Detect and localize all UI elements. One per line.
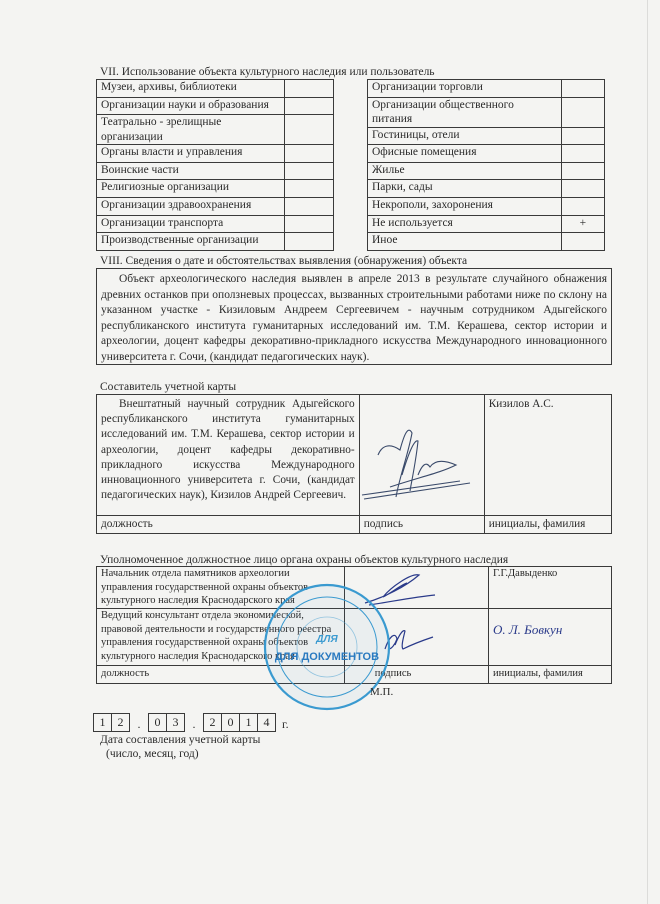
usage-mark-cell[interactable] [285,80,334,98]
table-row: Производственные организации [97,233,334,251]
composer-name: Кизилов А.С. [484,395,611,516]
usage-mark-cell[interactable] [561,180,604,198]
table-row: Организации здравоохранения [97,197,334,215]
usage-label: Организации торговли [368,80,562,98]
date-digit: 1 [94,714,112,731]
signature-icon [360,395,478,505]
table-row: Организации общественного питания [368,97,605,127]
table-row: Театрально - зрелищные организации [97,115,334,145]
usage-mark-cell[interactable] [561,145,604,163]
usage-label: Жилье [368,162,562,180]
usage-label: Производственные организации [97,233,285,251]
table-row: Офисные помещения [368,145,605,163]
table-row: Жилье [368,162,605,180]
usage-mark-cell[interactable] [285,215,334,233]
usage-mark-cell[interactable] [285,180,334,198]
date-digit: 1 [240,714,258,731]
table-row: Гостиницы, отели [368,127,605,145]
stamp-label: М.П. [370,686,393,698]
table-row: Воинские части [97,162,334,180]
usage-mark-cell[interactable] [285,162,334,180]
usage-mark-cell[interactable] [285,145,334,163]
svg-text:ДЛЯ: ДЛЯ [315,634,338,645]
usage-table-right: Организации торговлиОрганизации обществе… [367,79,605,251]
usage-mark-cell[interactable] [285,233,334,251]
usage-label: Организации науки и образования [97,97,285,115]
usage-label: Офисные помещения [368,145,562,163]
table-row: Органы власти и управления [97,145,334,163]
usage-mark-cell[interactable] [285,115,334,145]
date-label: Дата составления учетной карты [100,733,260,747]
date-digit: 2 [112,714,129,731]
date-day: 1 2 [93,713,130,732]
composer-signature [359,395,484,516]
page-edge [647,0,648,904]
usage-table-left: Музеи, архивы, библиотекиОрганизации нау… [96,79,334,251]
usage-mark-cell[interactable] [285,97,334,115]
date-digit: 4 [258,714,275,731]
usage-label: Воинские части [97,162,285,180]
usage-label: Иное [368,233,562,251]
table-row: Иное [368,233,605,251]
discovery-description: Объект археологического наследия выявлен… [96,268,612,365]
col-position-label: должность [97,516,360,534]
table-row: Парки, сады [368,180,605,198]
col-name-label: инициалы, фамилия [488,666,611,684]
composer-title: Составитель учетной карты [100,381,236,394]
table-row: Организации торговли [368,80,605,98]
stamp-text: ДЛЯ ДОКУМЕНТОВ [275,651,379,663]
date-digit: 3 [167,714,184,731]
usage-label: Религиозные организации [97,180,285,198]
usage-mark-cell[interactable] [561,197,604,215]
table-row: Организации транспорта [97,215,334,233]
date-digit: 2 [204,714,222,731]
usage-label: Парки, сады [368,180,562,198]
date-separator: . [130,717,148,732]
date-field: 1 2 . 0 3 . 2 0 1 4 г. [93,713,289,732]
date-suffix: г. [282,717,289,732]
table-row: Не используется+ [368,215,605,233]
date-sublabel: (число, месяц, год) [106,747,199,761]
usage-mark-cell[interactable] [285,197,334,215]
official-name-1: Г.Г.Давыденко [488,567,611,609]
table-row: Организации науки и образования [97,97,334,115]
official-name-2: О. Л. Бовкун [488,609,611,666]
usage-mark-cell[interactable] [561,80,604,98]
usage-label: Гостиницы, отели [368,127,562,145]
usage-mark-cell[interactable]: + [561,215,604,233]
usage-label: Не используется [368,215,562,233]
official-name-2-text: О. Л. Бовкун [493,622,562,637]
usage-mark-cell[interactable] [561,162,604,180]
composer-table: Внештатный научный сотрудник Адыгейского… [96,394,612,534]
section8-title: VIII. Сведения о дате и обстоятельствах … [100,255,467,268]
col-name-label: инициалы, фамилия [484,516,611,534]
col-signature-label: подпись [359,516,484,534]
usage-label: Органы власти и управления [97,145,285,163]
section7-title: VII. Использование объекта культурного н… [100,66,435,79]
date-month: 0 3 [148,713,185,732]
date-year: 2 0 1 4 [203,713,276,732]
usage-mark-cell[interactable] [561,97,604,127]
usage-label: Организации транспорта [97,215,285,233]
date-separator: . [185,717,203,732]
usage-label: Музеи, архивы, библиотеки [97,80,285,98]
usage-mark-cell[interactable] [561,127,604,145]
composer-position: Внештатный научный сотрудник Адыгейского… [97,395,360,516]
usage-label: Организации общественного питания [368,97,562,127]
usage-mark-cell[interactable] [561,233,604,251]
usage-label: Некрополи, захоронения [368,197,562,215]
date-digit: 0 [149,714,167,731]
table-row: Музеи, архивы, библиотеки [97,80,334,98]
date-digit: 0 [222,714,240,731]
usage-label: Организации здравоохранения [97,197,285,215]
usage-label: Театрально - зрелищные организации [97,115,285,145]
table-row: Религиозные организации [97,180,334,198]
table-row: Некрополи, захоронения [368,197,605,215]
